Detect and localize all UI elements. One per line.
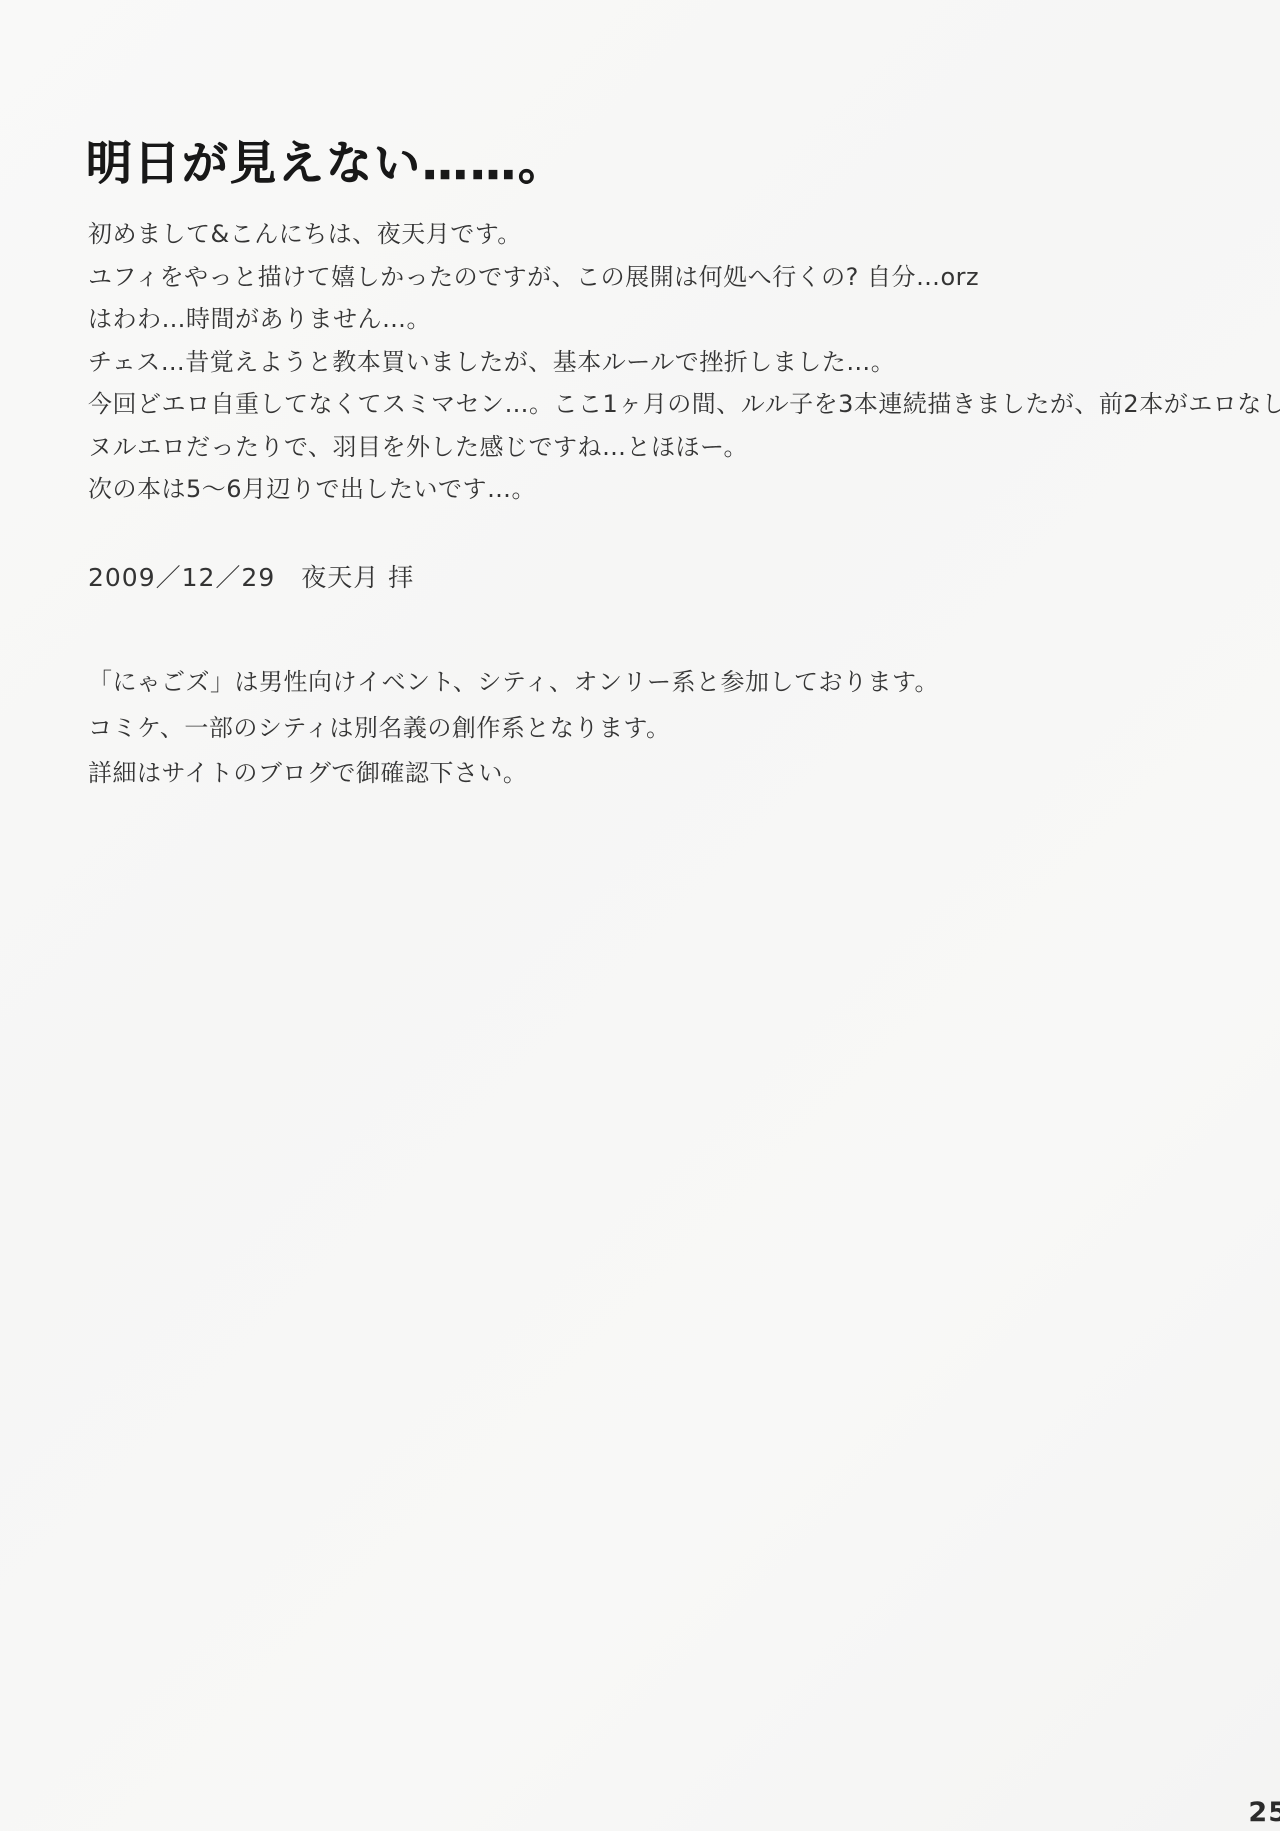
date-signature: 2009／12／29 夜天月 拝 [88, 557, 414, 599]
body-line: 今回どエロ自重してなくてスミマセン…。ここ1ヶ月の間、ルル子を3本連続描きました… [88, 383, 1228, 426]
afterword-title: 明日が見えない……。 [86, 127, 566, 193]
page-number: 25 [1248, 1797, 1280, 1828]
body-line: 初めまして&こんにちは、夜天月です。 [88, 213, 1228, 256]
body-line: ユフィをやっと描けて嬉しかったのですが、この展開は何処へ行くの? 自分…orz [88, 256, 1228, 299]
afterword-body: 初めまして&こんにちは、夜天月です。 ユフィをやっと描けて嬉しかったのですが、こ… [88, 213, 1228, 511]
circle-notes: 「にゃごズ」は男性向けイベント、シティ、オンリー系と参加しております。 コミケ、… [88, 660, 1188, 797]
note-line: 詳細はサイトのブログで御確認下さい。 [88, 751, 1188, 797]
note-line: コミケ、一部のシティは別名義の創作系となります。 [88, 706, 1188, 752]
body-line: ヌルエロだったりで、羽目を外した感じですね…とほほー。 [88, 426, 1228, 469]
body-line: 次の本は5～6月辺りで出したいです…。 [88, 468, 1228, 511]
body-line: はわわ…時間がありません…。 [88, 298, 1228, 341]
note-line: 「にゃごズ」は男性向けイベント、シティ、オンリー系と参加しております。 [88, 660, 1188, 706]
body-line: チェス…昔覚えようと教本買いましたが、基本ルールで挫折しました…。 [88, 341, 1228, 384]
scanned-afterword-page: 明日が見えない……。 初めまして&こんにちは、夜天月です。 ユフィをやっと描けて… [0, 0, 1280, 1831]
